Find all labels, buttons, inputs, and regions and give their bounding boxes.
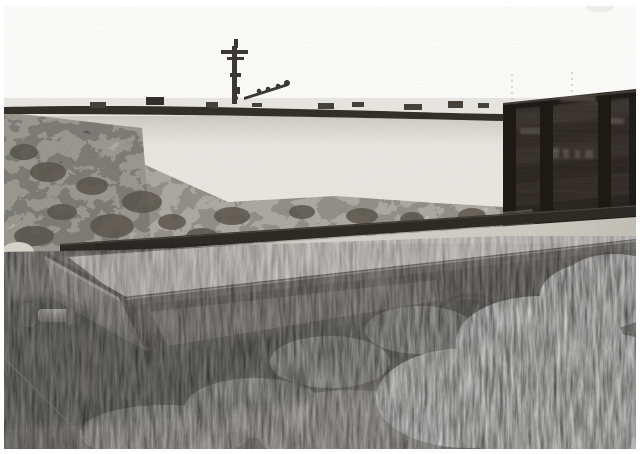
photo-grain bbox=[4, 6, 636, 449]
photo-content bbox=[0, 4, 640, 452]
photo-canvas bbox=[0, 0, 640, 454]
frame-right bbox=[636, 0, 640, 454]
frame-top bbox=[0, 0, 640, 6]
frame-bottom bbox=[0, 449, 640, 454]
frame-left bbox=[0, 0, 4, 454]
photograph-figure bbox=[0, 0, 640, 454]
